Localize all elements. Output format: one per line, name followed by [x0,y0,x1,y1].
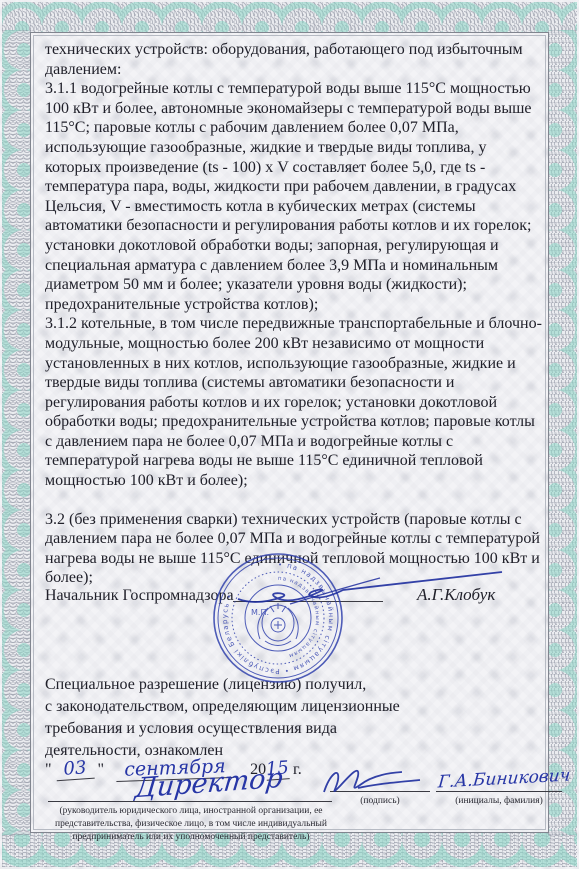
date-quote-open: " [45,761,52,778]
guilloche-border-top [2,2,577,33]
position-caption-line: представительства, физическое лицо, в то… [45,818,337,831]
guilloche-border-left [2,30,31,835]
name-caption: (инициалы, фамилия) [438,795,560,808]
date-year-unit: г. [293,761,302,778]
signature-line [330,791,430,792]
position-caption-line: предприниматель или их уполномоченный пр… [45,831,337,844]
approver-name: А.Г.Клобук [417,585,495,605]
signature-caption: (подпись) [330,795,430,808]
position-caption-line: (руководитель юридического лица, иностра… [45,805,337,818]
name-line [436,791,562,792]
receipt-line: требования и условия осуществления вида [45,719,337,739]
body-paragraph: технических устройств: оборудования, раб… [45,40,545,79]
position-caption: (руководитель юридического лица, иностра… [45,805,337,844]
svg-text:па надзвычайным сітуацыям: па надзвычайным сітуацыям [278,576,320,659]
body-paragraph: 3.1.2 котельные, в том числе передвижные… [45,314,545,490]
license-document-page: технических устройств: оборудования, раб… [0,0,579,869]
guilloche-border-right [548,30,577,835]
position-line [48,801,332,802]
date-quote-close: " [98,761,105,778]
stamp-ring-text-inner: па надзвычайным сітуацыям [278,576,320,659]
approver-position-label: Начальник Госпромнадзора [45,586,234,606]
date-day-handwritten: 03 [55,757,94,782]
body-text-block: технических устройств: оборудования, раб… [45,40,545,588]
official-round-stamp: • па надзвычайным сітуацыям • Рэспублікі… [211,551,345,685]
body-paragraph: 3.1.1 водогрейные котлы с температурой в… [45,79,545,314]
receipt-line: с законодательством, определяющим лиценз… [45,697,400,717]
stamp-mp-label: М.П. [251,608,269,617]
